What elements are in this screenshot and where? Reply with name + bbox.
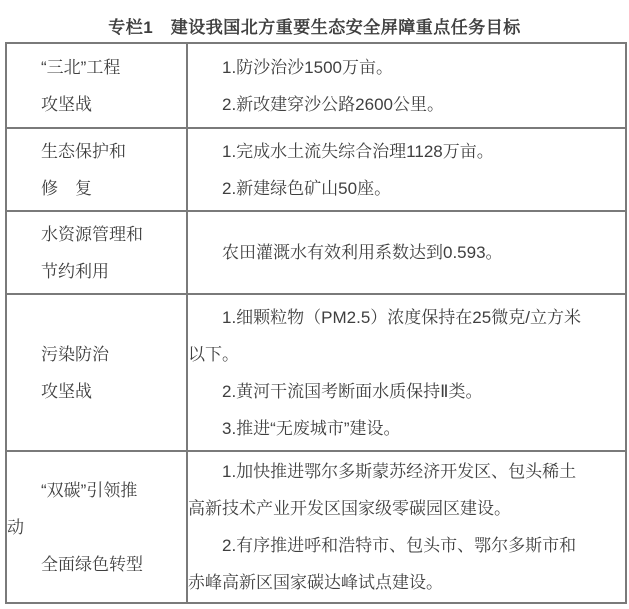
cell-line: 高新技术产业开发区国家级零碳园区建设。 [188, 490, 625, 527]
cell-line: 赤峰高新区国家碳达峰试点建设。 [188, 564, 625, 601]
cell-line: 1.防沙治沙1500万亩。 [188, 49, 625, 86]
cell-line: 1.加快推进鄂尔多斯蒙苏经济开发区、包头稀土 [188, 453, 625, 490]
cell-line: 1.细颗粒物（PM2.5）浓度保持在25微克/立方米 [188, 299, 625, 336]
task-target-cell: 1.完成水土流失综合治理1128万亩。 2.新建绿色矿山50座。 [187, 128, 626, 211]
cell-line: 水资源管理和 [7, 216, 186, 253]
task-target-cell: 1.防沙治沙1500万亩。 2.新改建穿沙公路2600公里。 [187, 43, 626, 128]
task-table-body: “三北”工程 攻坚战 1.防沙治沙1500万亩。 2.新改建穿沙公路2600公里… [6, 43, 626, 603]
task-category-cell: “双碳”引领推动 全面绿色转型 [6, 451, 187, 603]
task-category-cell: “三北”工程 攻坚战 [6, 43, 187, 128]
cell-line: 生态保护和 [7, 133, 186, 170]
cell-line: 1.完成水土流失综合治理1128万亩。 [188, 133, 625, 170]
cell-line: 节约利用 [7, 253, 186, 290]
cell-line: 2.有序推进呼和浩特市、包头市、鄂尔多斯市和 [188, 527, 625, 564]
table-row: 生态保护和 修 复 1.完成水土流失综合治理1128万亩。 2.新建绿色矿山50… [6, 128, 626, 211]
table-row: “双碳”引领推动 全面绿色转型 1.加快推进鄂尔多斯蒙苏经济开发区、包头稀土高新… [6, 451, 626, 603]
task-target-cell: 1.加快推进鄂尔多斯蒙苏经济开发区、包头稀土高新技术产业开发区国家级零碳园区建设… [187, 451, 626, 603]
cell-line: 农田灌溉水有效利用系数达到0.593。 [188, 234, 625, 271]
key-task-table: “三北”工程 攻坚战 1.防沙治沙1500万亩。 2.新改建穿沙公路2600公里… [5, 42, 627, 604]
table-row: 污染防治 攻坚战 1.细颗粒物（PM2.5）浓度保持在25微克/立方米以下。 2… [6, 294, 626, 451]
cell-line: 污染防治 [7, 336, 186, 373]
cell-line: 动 [7, 509, 186, 546]
cell-line: 以下。 [188, 336, 625, 373]
page-title: 专栏1 建设我国北方重要生态安全屏障重点任务目标 [0, 0, 629, 42]
cell-line: 2.新建绿色矿山50座。 [188, 170, 625, 207]
task-category-cell: 污染防治 攻坚战 [6, 294, 187, 451]
task-category-cell: 水资源管理和 节约利用 [6, 211, 187, 294]
cell-line: 2.黄河干流国考断面水质保持Ⅱ类。 [188, 373, 625, 410]
cell-line: “双碳”引领推 [7, 472, 186, 509]
cell-line: 攻坚战 [7, 86, 186, 123]
task-category-cell: 生态保护和 修 复 [6, 128, 187, 211]
cell-line: 3.推进“无废城市”建设。 [188, 410, 625, 447]
table-row: “三北”工程 攻坚战 1.防沙治沙1500万亩。 2.新改建穿沙公路2600公里… [6, 43, 626, 128]
cell-line: 攻坚战 [7, 373, 186, 410]
cell-line: “三北”工程 [7, 49, 186, 86]
task-target-cell: 农田灌溉水有效利用系数达到0.593。 [187, 211, 626, 294]
cell-line: 修 复 [7, 170, 186, 207]
table-row: 水资源管理和 节约利用 农田灌溉水有效利用系数达到0.593。 [6, 211, 626, 294]
task-target-cell: 1.细颗粒物（PM2.5）浓度保持在25微克/立方米以下。 2.黄河干流国考断面… [187, 294, 626, 451]
cell-line: 2.新改建穿沙公路2600公里。 [188, 86, 625, 123]
cell-line: 全面绿色转型 [7, 546, 186, 583]
